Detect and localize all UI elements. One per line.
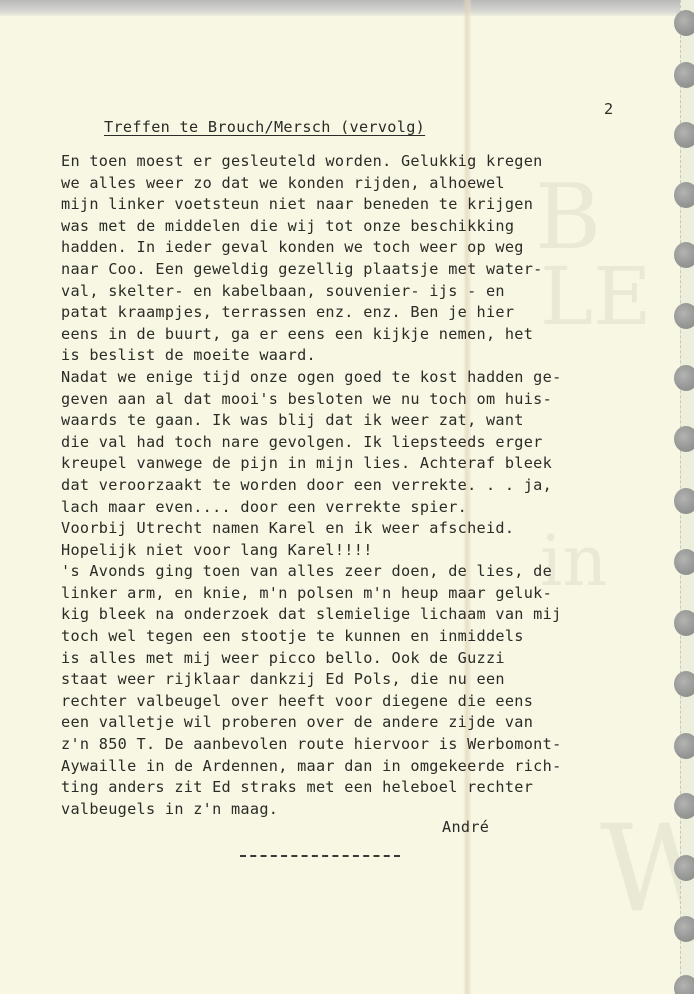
- text-line: Voorbij Utrecht namen Karel en ik weer a…: [61, 518, 641, 540]
- binder-hole: [674, 793, 694, 819]
- binder-hole: [674, 733, 694, 759]
- text-line: linker arm, en knie, m'n polsen m'n heup…: [61, 583, 641, 605]
- binder-hole: [674, 855, 694, 881]
- binder-hole: [674, 975, 694, 994]
- binder-hole: [674, 62, 694, 88]
- binder-hole: [674, 488, 694, 514]
- page-number: 2: [604, 100, 613, 118]
- text-line: dat veroorzaakt te worden door een verre…: [61, 475, 641, 497]
- text-line: val, skelter- en kabelbaan, souvenier- i…: [61, 281, 641, 303]
- binder-hole: [674, 182, 694, 208]
- text-line: valbeugels in z'n maag.: [61, 799, 641, 821]
- text-line: Nadat we enige tijd onze ogen goed te ko…: [61, 367, 641, 389]
- text-line: lach maar even.... door een verrekte spi…: [61, 497, 641, 519]
- text-line: we alles weer zo dat we konden rijden, a…: [61, 173, 641, 195]
- text-line: mijn linker voetsteun niet naar beneden …: [61, 194, 641, 216]
- text-line: staat weer rijklaar dankzij Ed Pols, die…: [61, 669, 641, 691]
- text-line: was met de middelen die wij tot onze bes…: [61, 216, 641, 238]
- text-line: Hopelijk niet voor lang Karel!!!!: [61, 540, 641, 562]
- signature: André: [442, 818, 489, 836]
- text-line: kreupel vanwege de pijn in mijn lies. Ac…: [61, 453, 641, 475]
- binder-hole: [674, 671, 694, 697]
- scan-top-shadow: [0, 0, 694, 16]
- text-line: die val had toch nare gevolgen. Ik lieps…: [61, 432, 641, 454]
- text-line: is beslist de moeite waard.: [61, 345, 641, 367]
- text-line: eens in de buurt, ga er eens een kijkje …: [61, 324, 641, 346]
- text-line: Aywaille in de Ardennen, maar dan in omg…: [61, 756, 641, 778]
- scanned-page: B LE in W 2 Treffen te Brouch/Mersch (ve…: [0, 0, 694, 994]
- binder-hole: [674, 10, 694, 36]
- binder-hole: [674, 365, 694, 391]
- text-line: hadden. In ieder geval konden we toch we…: [61, 237, 641, 259]
- text-line: toch wel tegen een stootje te kunnen en …: [61, 626, 641, 648]
- binder-hole: [674, 610, 694, 636]
- text-line: patat kraampjes, terrassen enz. enz. Ben…: [61, 302, 641, 324]
- body-text: En toen moest er gesleuteld worden. Gelu…: [61, 151, 641, 820]
- text-line: waards te gaan. Ik was blij dat ik weer …: [61, 410, 641, 432]
- text-line: geven aan al dat mooi's besloten we nu t…: [61, 389, 641, 411]
- text-line: kig bleek na onderzoek dat slemielige li…: [61, 604, 641, 626]
- binder-hole: [674, 549, 694, 575]
- document-title: Treffen te Brouch/Mersch (vervolg): [104, 118, 425, 136]
- text-line: 's Avonds ging toen van alles zeer doen,…: [61, 561, 641, 583]
- text-line: is alles met mij weer picco bello. Ook d…: [61, 648, 641, 670]
- text-line: een valletje wil proberen over de andere…: [61, 712, 641, 734]
- text-line: En toen moest er gesleuteld worden. Gelu…: [61, 151, 641, 173]
- separator-line: [240, 855, 400, 857]
- binder-hole: [674, 426, 694, 452]
- binder-hole: [674, 303, 694, 329]
- binder-hole: [674, 122, 694, 148]
- text-line: ting anders zit Ed straks met een helebo…: [61, 777, 641, 799]
- text-line: z'n 850 T. De aanbevolen route hiervoor …: [61, 734, 641, 756]
- text-line: naar Coo. Een geweldig gezellig plaatsje…: [61, 259, 641, 281]
- binder-hole: [674, 242, 694, 268]
- text-line: rechter valbeugel over heeft voor diegen…: [61, 691, 641, 713]
- binder-hole: [674, 916, 694, 942]
